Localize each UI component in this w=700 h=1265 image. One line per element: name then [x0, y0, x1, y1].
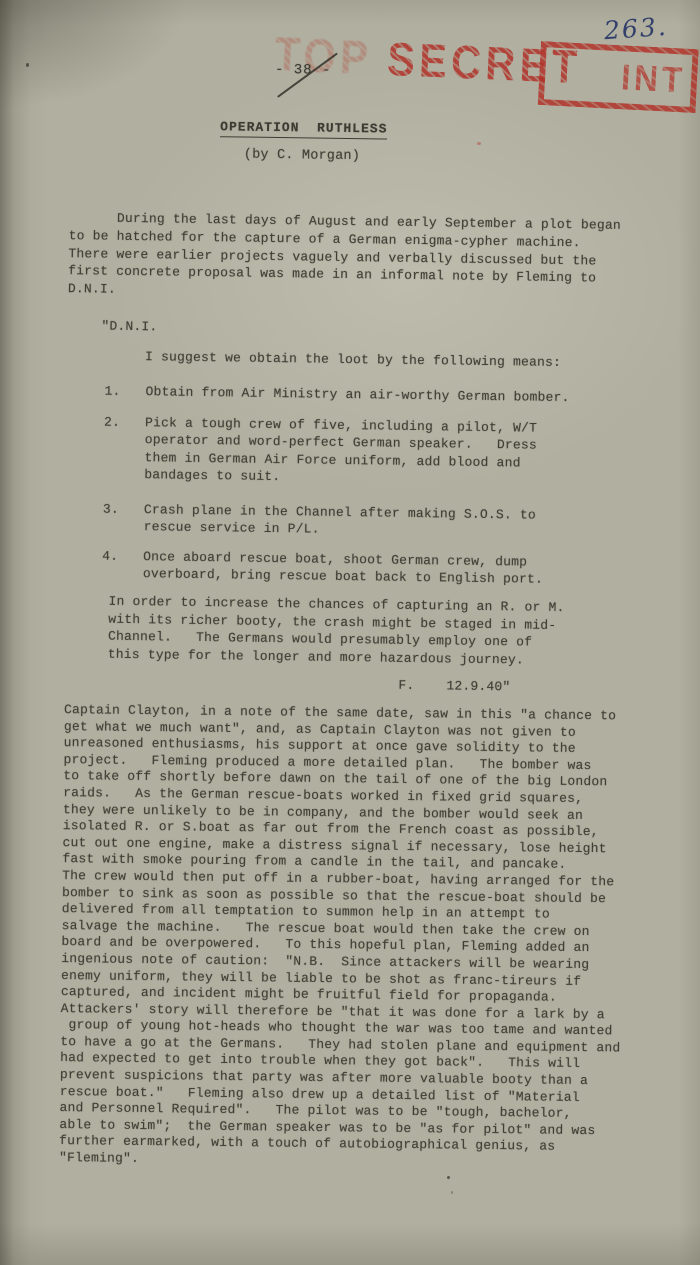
quote-signature: F. 12.9.40" [398, 677, 510, 696]
list-item-1: Obtain from Air Ministry an air-worthy G… [145, 383, 625, 407]
title-block: OPERATION RUTHLESS [220, 117, 387, 139]
list-item-2: Pick a tough crew of five, including a p… [144, 414, 565, 489]
list-number-1: 1. [104, 383, 130, 401]
page-title: OPERATION RUTHLESS [220, 119, 387, 139]
paragraph-main: Captain Clayton, in a note of the same d… [59, 702, 649, 1173]
quote-closing-paragraph: In order to increase the chances of capt… [108, 593, 589, 670]
paper-speck [451, 1191, 453, 1194]
list-item-3: Crash plane in the Channel after making … [143, 501, 563, 542]
typed-content: - 38 - OPERATION RUTHLESS (by C. Morgan)… [0, 0, 700, 1265]
list-number-3: 3. [103, 501, 129, 519]
byline: (by C. Morgan) [244, 147, 360, 166]
paper-speck [26, 63, 29, 67]
paper-speck-red [477, 142, 481, 145]
quote-intro: I suggest we obtain the loot by the foll… [145, 348, 561, 371]
list-item-4: Once aboard rescue boat, shoot German cr… [143, 548, 563, 589]
paragraph-intro: During the last days of August and early… [68, 209, 659, 306]
list-number-2: 2. [104, 414, 130, 432]
list-number-4: 4. [102, 548, 128, 566]
quote-salutation: "D.N.I. [101, 318, 157, 336]
document-photo: TOP SECRET INT 263. - 38 - OPERATION RUT… [0, 0, 700, 1265]
